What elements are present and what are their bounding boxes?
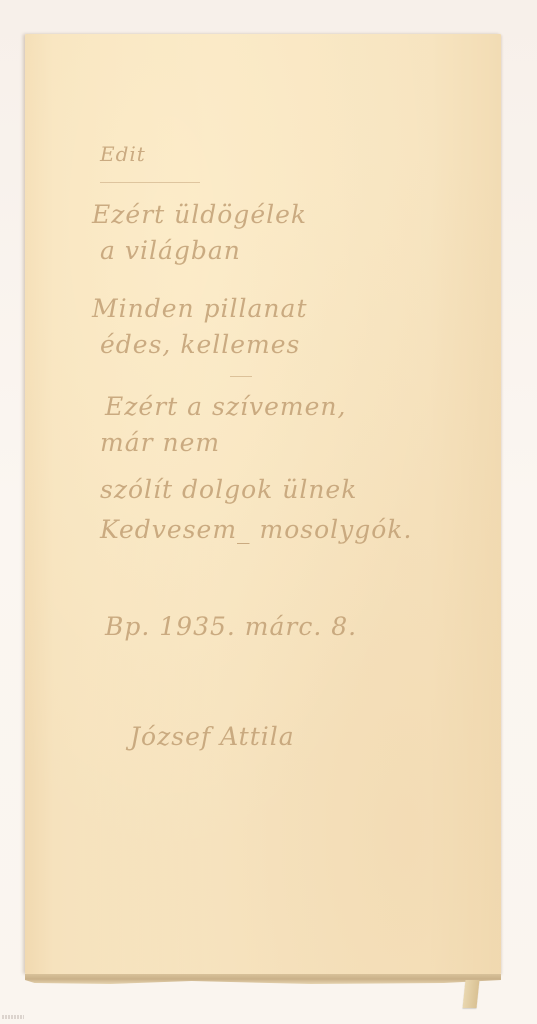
stanza-line: Kedvesem_ mosolygók. [100, 515, 412, 544]
stanza-line: már nem [100, 428, 220, 457]
stanza-line: Ezért a szívemen, [105, 392, 346, 421]
stanza-line: Ezért üldögélek [92, 200, 307, 229]
manuscript-page [25, 34, 501, 974]
paper-tab [463, 980, 480, 1008]
stanza-line: édes, kellemes [100, 330, 300, 359]
stanza-line: Minden pillanat [92, 294, 308, 323]
watermark [2, 1015, 24, 1019]
stanza-line: szólít dolgok ülnek [100, 475, 357, 504]
divider-mark [230, 376, 252, 377]
dedication-underline [100, 182, 200, 183]
dedication: Edit [100, 142, 146, 166]
stanza-line: a világban [100, 236, 241, 265]
dateline: Bp. 1935. márc. 8. [105, 612, 357, 641]
signature: József Attila [130, 722, 295, 751]
